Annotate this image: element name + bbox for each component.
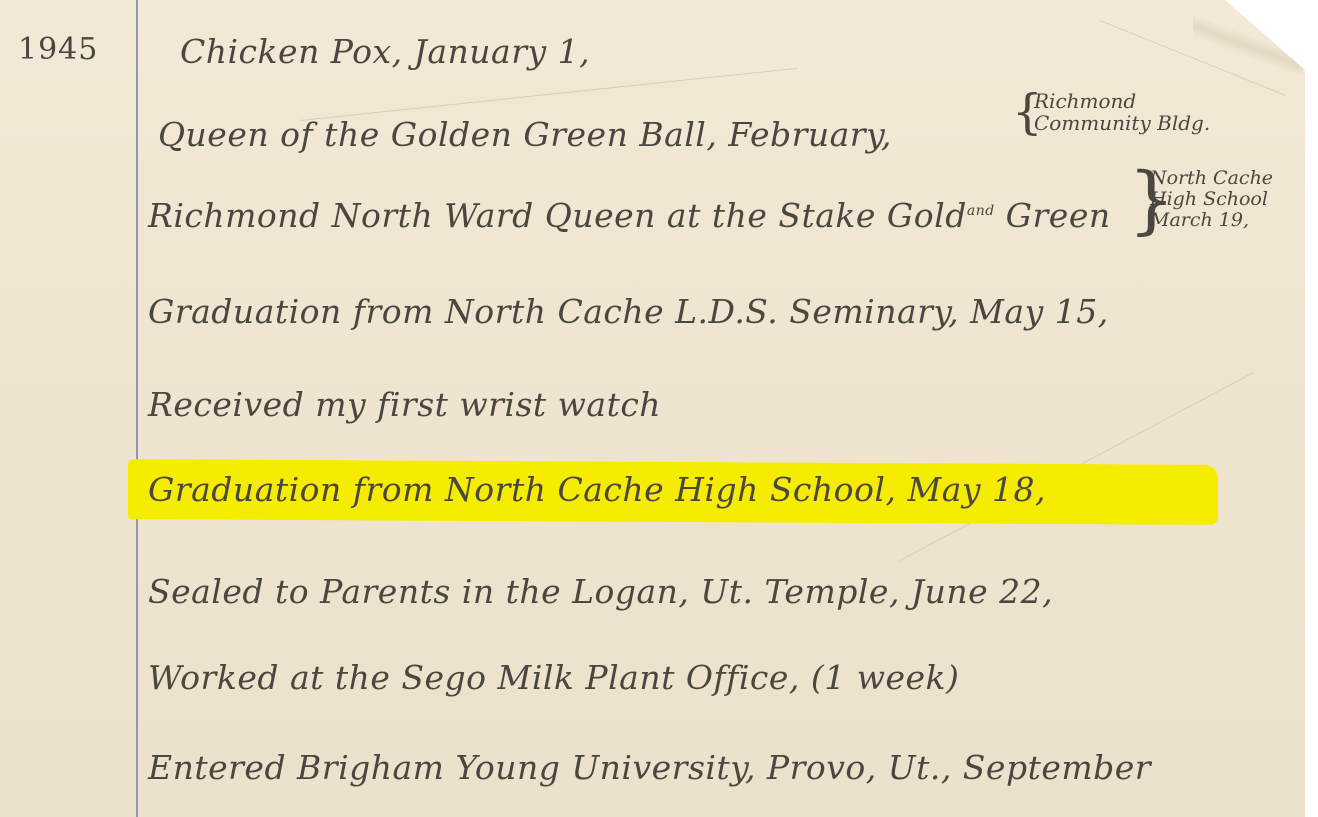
handwritten-page: 1945 Chicken Pox, January 1, Queen of th… bbox=[0, 0, 1305, 817]
entry-sealed-to-parents: Sealed to Parents in the Logan, Ut. Temp… bbox=[148, 572, 1053, 611]
entry-stake-queen: Richmond North Ward Queen at the Stake G… bbox=[148, 196, 1111, 235]
entry-golden-green-ball: Queen of the Golden Green Ball, February… bbox=[158, 115, 892, 154]
entry-wrist-watch: Received my first wrist watch bbox=[148, 385, 661, 424]
margin-line bbox=[136, 0, 138, 817]
torn-corner bbox=[1225, 0, 1305, 70]
side-note-north-cache: North Cache High School March 19, bbox=[1150, 168, 1273, 231]
entry-byu: Entered Brigham Young University, Provo,… bbox=[148, 748, 1151, 787]
side-note-richmond: Richmond Community Bldg. bbox=[1034, 90, 1210, 134]
year-label: 1945 bbox=[18, 32, 98, 67]
entry-high-school-graduation: Graduation from North Cache High School,… bbox=[148, 470, 1046, 509]
entry-seminary-graduation: Graduation from North Cache L.D.S. Semin… bbox=[148, 292, 1109, 331]
entry-sego-milk-plant: Worked at the Sego Milk Plant Office, (1… bbox=[148, 658, 959, 697]
entry-chicken-pox: Chicken Pox, January 1, bbox=[180, 32, 590, 71]
paper-crease bbox=[300, 68, 797, 121]
